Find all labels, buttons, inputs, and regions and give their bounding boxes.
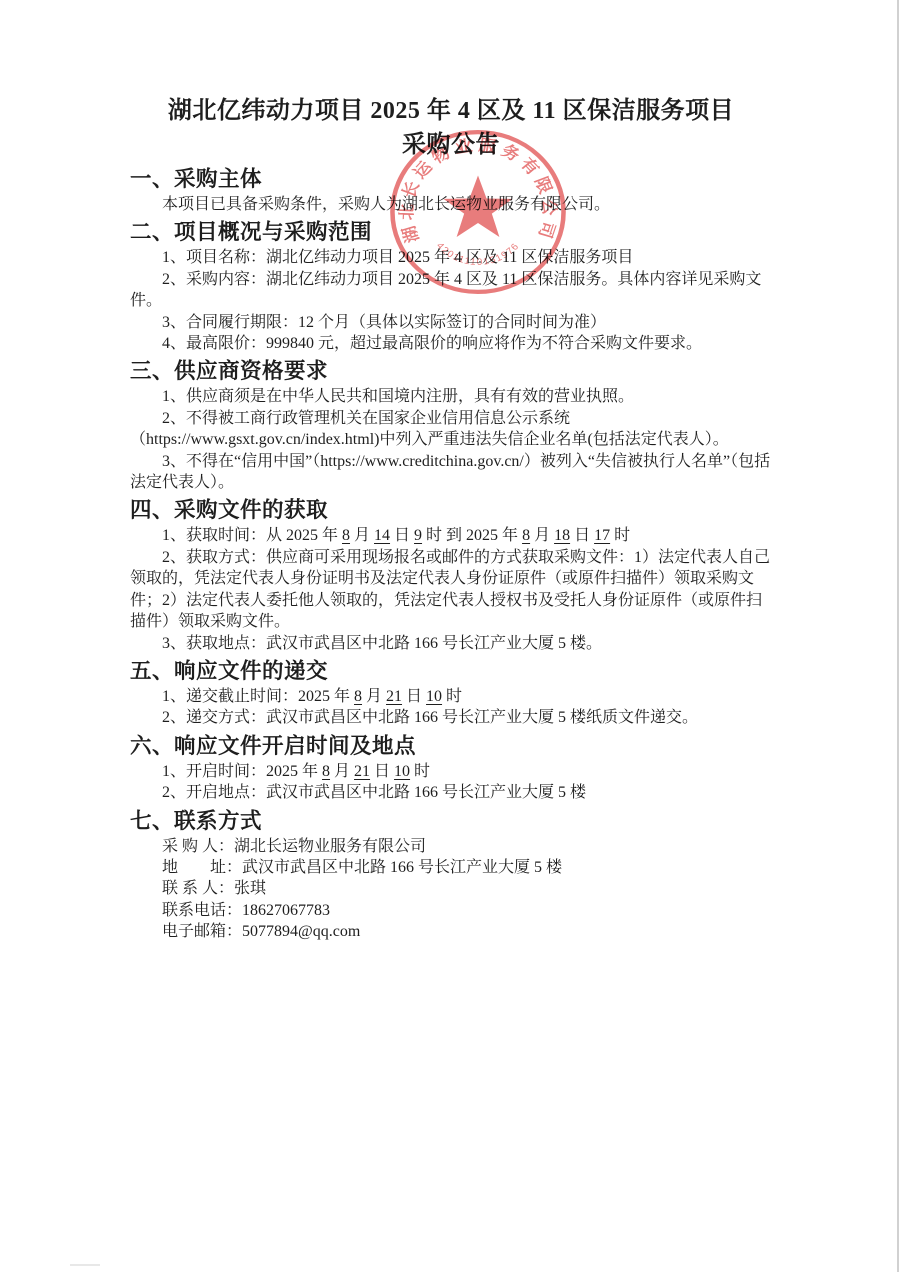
contact-address-line: 地 址：武汉市武昌区中北路 166 号长江产业大厦 5 楼	[130, 857, 772, 878]
section-supplier-qualification: 三、供应商资格要求 1、供应商须是在中华人民共和国境内注册，具有有效的营业执照。…	[130, 358, 772, 493]
underlined-day: 21	[354, 763, 370, 780]
section-opening-time-place: 六、响应文件开启时间及地点 1、开启时间：2025 年 8 月 21 日 10 …	[130, 733, 772, 804]
text-segment: 日	[402, 688, 426, 705]
contact-person-line: 联 系 人：张琪	[130, 878, 772, 899]
text-segment: 时	[610, 527, 630, 544]
contact-email-line: 电子邮箱：5077894@qq.com	[130, 921, 772, 942]
underlined-month: 8	[342, 527, 350, 544]
paragraph: 4、最高限价：999840 元，超过最高限价的响应将作为不符合采购文件要求。	[130, 333, 772, 354]
paragraph: 3、合同履行期限：12 个月（具体以实际签订的合同时间为准）	[130, 312, 772, 333]
section-heading: 一、采购主体	[130, 166, 772, 193]
underlined-month: 8	[522, 527, 530, 544]
contact-purchaser-line: 采 购 人：湖北长运物业服务有限公司	[130, 836, 772, 857]
scan-edge-artifact	[70, 1264, 100, 1266]
paragraph: 2、开启地点：武汉市武昌区中北路 166 号长江产业大厦 5 楼	[130, 782, 772, 803]
section-heading: 七、联系方式	[130, 808, 772, 835]
text-segment: 1、递交截止时间：2025 年	[162, 688, 354, 705]
text-segment: 日	[370, 763, 394, 780]
text-segment: 时 到 2025 年	[422, 527, 522, 544]
document-title-line1: 湖北亿纬动力项目 2025 年 4 区及 11 区保洁服务项目	[130, 94, 772, 128]
section-document-acquisition: 四、采购文件的获取 1、获取时间：从 2025 年 8 月 14 日 9 时 到…	[130, 497, 772, 653]
paragraph: 3、不得在“信用中国”（https://www.creditchina.gov.…	[130, 451, 772, 494]
underlined-day: 14	[374, 527, 390, 544]
text-segment: 1、获取时间：从 2025 年	[162, 527, 342, 544]
paragraph: 2、不得被工商行政管理机关在国家企业信用信息公示系统（https://www.g…	[130, 408, 772, 451]
section-heading: 五、响应文件的递交	[130, 658, 772, 685]
document-body: 湖北亿纬动力项目 2025 年 4 区及 11 区保洁服务项目 采购公告 一、采…	[130, 94, 772, 943]
paragraph: 1、项目名称：湖北亿纬动力项目 2025 年 4 区及 11 区保洁服务项目	[130, 247, 772, 268]
underlined-day: 21	[386, 688, 402, 705]
text-segment: 月	[530, 527, 554, 544]
text-segment: 月	[362, 688, 386, 705]
paragraph: 1、供应商须是在中华人民共和国境内注册，具有有效的营业执照。	[130, 386, 772, 407]
underlined-month: 8	[354, 688, 362, 705]
scanned-document-page: { "document": { "title_line1": "湖北亿纬动力项目…	[0, 0, 900, 1272]
section-contact: 七、联系方式 采 购 人：湖北长运物业服务有限公司 地 址：武汉市武昌区中北路 …	[130, 808, 772, 943]
document-title-line2: 采购公告	[130, 128, 772, 162]
underlined-day: 18	[554, 527, 570, 544]
section-heading: 三、供应商资格要求	[130, 358, 772, 385]
section-heading: 六、响应文件开启时间及地点	[130, 733, 772, 760]
paragraph: 3、获取地点：武汉市武昌区中北路 166 号长江产业大厦 5 楼。	[130, 633, 772, 654]
paragraph: 2、递交方式：武汉市武昌区中北路 166 号长江产业大厦 5 楼纸质文件递交。	[130, 707, 772, 728]
underlined-hour: 10	[394, 763, 410, 780]
text-segment: 1、开启时间：2025 年	[162, 763, 322, 780]
submission-deadline-line: 1、递交截止时间：2025 年 8 月 21 日 10 时	[130, 686, 772, 707]
text-segment: 时	[410, 763, 430, 780]
text-segment: 时	[442, 688, 462, 705]
paragraph: 本项目已具备采购条件，采购人为湖北长运物业服务有限公司。	[130, 194, 772, 215]
section-heading: 二、项目概况与采购范围	[130, 219, 772, 246]
underlined-hour: 17	[594, 527, 610, 544]
underlined-hour: 10	[426, 688, 442, 705]
underlined-month: 8	[322, 763, 330, 780]
paragraph: 2、获取方式：供应商可采用现场报名或邮件的方式获取采购文件：1）法定代表人自己领…	[130, 547, 772, 633]
text-segment: 日	[570, 527, 594, 544]
opening-time-line: 1、开启时间：2025 年 8 月 21 日 10 时	[130, 761, 772, 782]
text-segment: 月	[330, 763, 354, 780]
section-heading: 四、采购文件的获取	[130, 497, 772, 524]
section-response-submission: 五、响应文件的递交 1、递交截止时间：2025 年 8 月 21 日 10 时 …	[130, 658, 772, 729]
scan-edge-artifact	[897, 0, 899, 1272]
text-segment: 月	[350, 527, 374, 544]
underlined-hour: 9	[414, 527, 422, 544]
section-purchaser: 一、采购主体 本项目已具备采购条件，采购人为湖北长运物业服务有限公司。	[130, 166, 772, 215]
contact-phone-line: 联系电话：18627067783	[130, 900, 772, 921]
text-segment: 日	[390, 527, 414, 544]
section-project-overview: 二、项目概况与采购范围 1、项目名称：湖北亿纬动力项目 2025 年 4 区及 …	[130, 219, 772, 354]
acquisition-time-line: 1、获取时间：从 2025 年 8 月 14 日 9 时 到 2025 年 8 …	[130, 525, 772, 546]
paragraph: 2、采购内容：湖北亿纬动力项目 2025 年 4 区及 11 区保洁服务。具体内…	[130, 269, 772, 312]
